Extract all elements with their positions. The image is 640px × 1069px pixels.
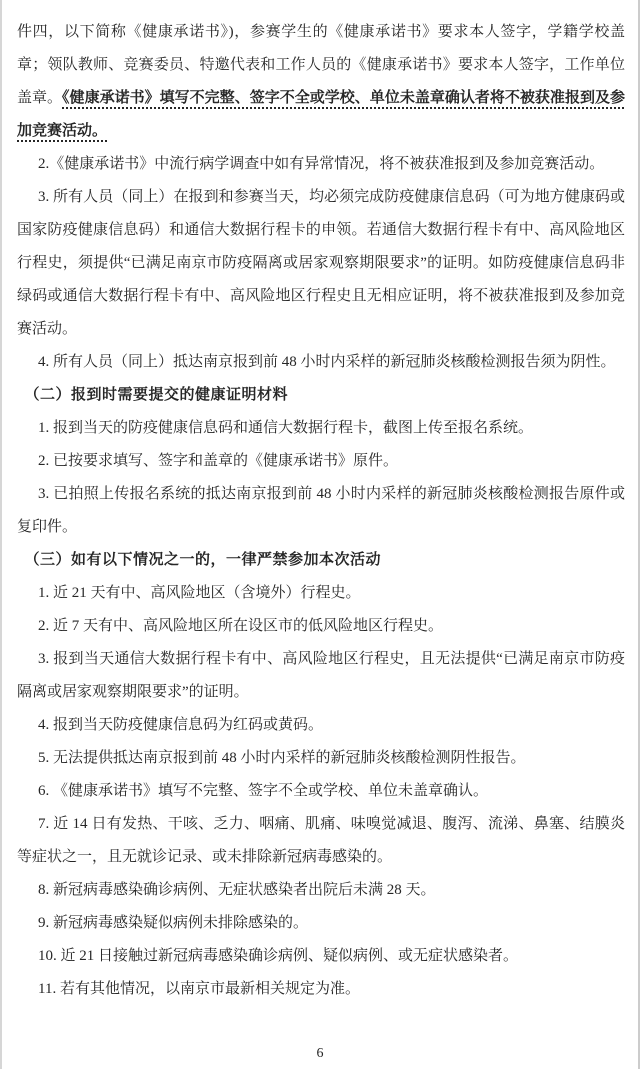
paragraph-intro-continuation: 件四，以下简称《健康承诺书》)，参赛学生的《健康承诺书》要求本人签字，学籍学校盖…: [17, 16, 625, 148]
document-page: 件四，以下简称《健康承诺书》)，参赛学生的《健康承诺书》要求本人签字，学籍学校盖…: [0, 0, 640, 1069]
intro-emphasized-text: 《健康承诺书》填写不完整、签字不全或学校、单位未盖章确认者将不被获准报到及参加竞…: [17, 90, 625, 139]
section2-item-2: 2. 已按要求填写、签字和盖章的《健康承诺书》原件。: [17, 445, 625, 478]
section3-item-1: 1. 近 21 天有中、高风险地区（含境外）行程史。: [17, 577, 625, 610]
section1-item-2: 2.《健康承诺书》中流行病学调查中如有异常情况，将不被获准报到及参加竞赛活动。: [17, 148, 625, 181]
section2-heading: （二）报到时需要提交的健康证明材料: [17, 379, 625, 412]
section1-item-4: 4. 所有人员（同上）抵达南京报到前 48 小时内采样的新冠肺炎核酸检测报告须为…: [17, 346, 625, 379]
section3-item-11: 11. 若有其他情况，以南京市最新相关规定为准。: [17, 973, 625, 1006]
section3-item-8: 8. 新冠病毒感染确诊病例、无症状感染者出院后未满 28 天。: [17, 874, 625, 907]
section3-heading: （三）如有以下情况之一的，一律严禁参加本次活动: [17, 544, 625, 577]
section3-item-10: 10. 近 21 日接触过新冠病毒感染确诊病例、疑似病例、或无症状感染者。: [17, 940, 625, 973]
section2-item-1: 1. 报到当天的防疫健康信息码和通信大数据行程卡，截图上传至报名系统。: [17, 412, 625, 445]
section3-item-9: 9. 新冠病毒感染疑似病例未排除感染的。: [17, 907, 625, 940]
section1-item-3: 3. 所有人员（同上）在报到和参赛当天，均必须完成防疫健康信息码（可为地方健康码…: [17, 181, 625, 346]
section3-item-4: 4. 报到当天防疫健康信息码为红码或黄码。: [17, 709, 625, 742]
section3-item-5: 5. 无法提供抵达南京报到前 48 小时内采样的新冠肺炎核酸检测阴性报告。: [17, 742, 625, 775]
page-number: 6: [2, 1045, 638, 1063]
section3-item-2: 2. 近 7 天有中、高风险地区所在设区市的低风险地区行程史。: [17, 610, 625, 643]
section3-item-7: 7. 近 14 日有发热、干咳、乏力、咽痛、肌痛、味嗅觉减退、腹泻、流涕、鼻塞、…: [17, 808, 625, 874]
section3-item-3: 3. 报到当天通信大数据行程卡有中、高风险地区行程史，且无法提供“已满足南京市防…: [17, 643, 625, 709]
section3-item-6: 6. 《健康承诺书》填写不完整、签字不全或学校、单位未盖章确认。: [17, 775, 625, 808]
section2-item-3: 3. 已拍照上传报名系统的抵达南京报到前 48 小时内采样的新冠肺炎核酸检测报告…: [17, 478, 625, 544]
